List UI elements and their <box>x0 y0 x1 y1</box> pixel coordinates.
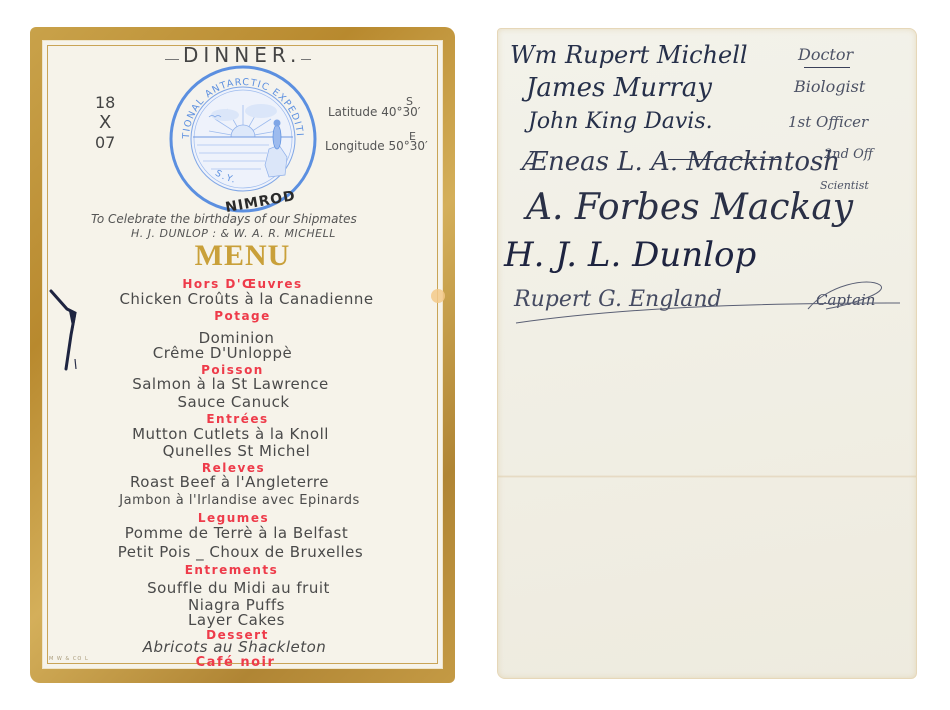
role-underline <box>804 67 850 68</box>
date-block: 18 X 07 <box>95 93 115 153</box>
dish: Sauce Canuck <box>25 393 442 411</box>
dish: Chicken Croûts à la Canadienne <box>51 290 442 308</box>
course-heading: Hors D'Œuvres <box>43 277 442 291</box>
date-year: 07 <box>95 133 115 153</box>
dish: Roast Beef à l'Angleterre <box>17 473 442 491</box>
fold-crease <box>498 475 916 478</box>
latitude: Latitude 40°30′ S <box>328 105 420 119</box>
signature: John King Davis. <box>528 109 713 134</box>
longitude-hemisphere: E <box>409 130 416 143</box>
signature-role: 1st Officer <box>788 113 868 131</box>
dish: Crême D'Unloppè <box>3 344 442 362</box>
dedication-text: To Celebrate the birthdays of our Shipma… <box>91 212 357 226</box>
menu-card-paper: DINNER. 18 X 07 Latitude 40°30′ S Longit… <box>42 40 443 669</box>
dish: Souffle du Midi au fruit <box>35 579 442 597</box>
heading-dash <box>301 59 311 60</box>
dish: Pomme de Terrè à la Belfast <box>31 524 442 542</box>
dish: Jambon à l'Irlandise avec Epinards <box>37 493 442 508</box>
date-month: X <box>95 113 115 133</box>
dinner-heading: DINNER. <box>183 43 301 67</box>
signature-card: Wm Rupert Michell Doctor James Murray Bi… <box>497 28 917 679</box>
course-heading: Legumes <box>25 511 442 525</box>
heading-dash <box>165 59 179 60</box>
signature: James Murray <box>526 73 712 103</box>
menu-card: DINNER. 18 X 07 Latitude 40°30′ S Longit… <box>30 27 455 683</box>
latitude-hemisphere: S <box>406 95 413 108</box>
signature: Æneas L. A. Mackintosh <box>522 147 840 177</box>
course-heading: Entrées <box>33 412 442 426</box>
printer-mark: M W & CO L <box>49 656 89 662</box>
course-heading: Entrements <box>21 563 442 577</box>
dish: Petit Pois _ Choux de Bruxelles <box>39 543 442 561</box>
latitude-value: 40°30′ <box>381 105 420 119</box>
longitude: Longitude 50°30′ E <box>325 139 428 153</box>
signature: Wm Rupert Michell <box>510 41 748 69</box>
signature-role: Scientist <box>820 179 869 192</box>
signature-role: 2nd Off <box>824 147 873 162</box>
signature-role: Doctor <box>798 45 853 64</box>
longitude-label: Longitude <box>325 139 385 153</box>
dish: Qunelles St Michel <box>31 442 442 460</box>
course-heading: Potage <box>43 309 442 323</box>
menu-title: MENU <box>43 239 442 273</box>
strike-stroke <box>668 159 780 160</box>
course-heading: Café noir <box>29 655 442 670</box>
dish: Salmon à la St Lawrence <box>19 375 442 393</box>
date-day: 18 <box>95 93 115 113</box>
signature: A. Forbes Mackay <box>526 187 853 228</box>
signature-flourish-icon <box>508 275 908 325</box>
latitude-label: Latitude <box>328 105 377 119</box>
signature: H. J. L. Dunlop <box>504 235 756 275</box>
dish: Mutton Cutlets à la Knoll <box>19 425 442 443</box>
signature-role: Biologist <box>794 77 865 96</box>
dish: Layer Cakes <box>31 611 442 629</box>
dish: Abricots au Shackleton <box>27 638 442 656</box>
